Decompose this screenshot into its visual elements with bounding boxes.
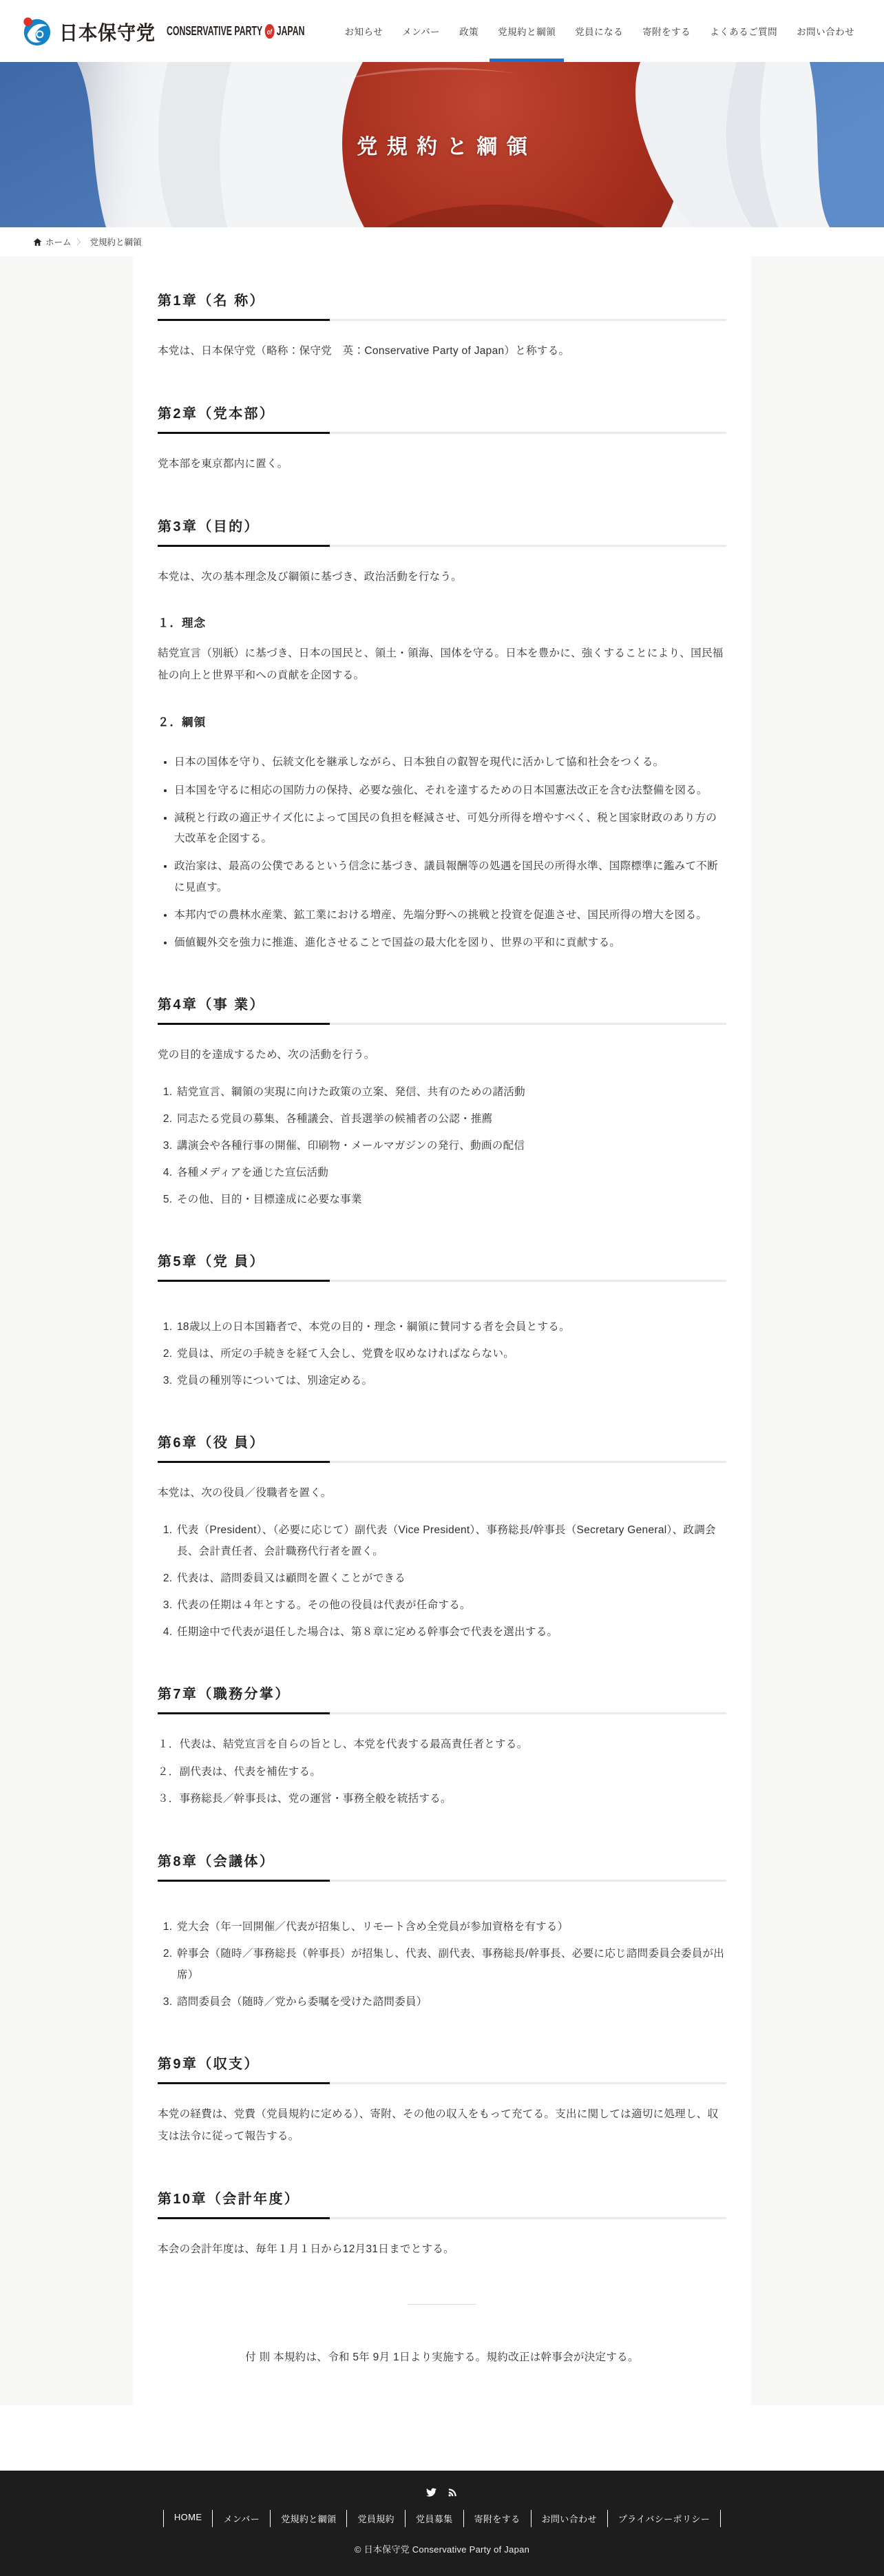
list-item: 党員の種別等については、別途定める。 [176, 1370, 726, 1391]
nav-item-contact[interactable]: お問い合わせ [787, 0, 864, 62]
logo-text-en: CONSERVATIVE PARTY of JAPAN [167, 23, 304, 38]
list-item: 幹事会（随時／事務総長（幹事長）が招集し、代表、副代表、事務総長/幹事長、必要に… [176, 1943, 726, 1986]
chapter-5-title: 第5章（党 員） [158, 1250, 726, 1282]
social-links [0, 2487, 884, 2497]
nav-item-members[interactable]: メンバー [392, 0, 450, 62]
platform-bullet-list: 日本の国体を守り、伝統文化を継承しながら、日本独自の叡智を現代に活かして協和社会… [174, 752, 726, 953]
chapter-9-title: 第9章（収支） [158, 2053, 726, 2084]
supplementary-provision: 付 則 本規約は、令和 5年 9月 1日より実施する。規約改正は幹事会が決定する… [158, 2349, 726, 2364]
platform-bullet: 日本の国体を守り、伝統文化を継承しながら、日本独自の叡智を現代に活かして協和社会… [174, 752, 726, 773]
list-item: 同志たる党員の募集、各種議会、首長選挙の候補者の公認・推薦 [176, 1108, 726, 1130]
breadcrumb: ホーム 〉 党規約と綱領 [0, 227, 884, 256]
party-logo-icon [21, 15, 52, 47]
subsection-platform-heading: ２．綱領 [158, 711, 726, 735]
home-icon [33, 238, 42, 247]
footer-nav: HOME メンバー 党規約と綱領 党員規約 党員募集 寄附をする お問い合わせ … [0, 2510, 884, 2527]
chapter-4-title: 第4章（事 業） [158, 993, 726, 1025]
chapter-9: 第9章（収支） 本党の経費は、党費（党員規約に定める）、寄附、その他の収入をもっ… [158, 2053, 726, 2148]
footer-link-home[interactable]: HOME [163, 2510, 213, 2527]
footer-link-donate[interactable]: 寄附をする [463, 2510, 531, 2527]
list-item: 党員は、所定の手続きを経て入会し、党費を収めなければならない。 [176, 1343, 726, 1364]
chapter-7-item: ３．事務総長／幹事長は、党の運営・事務全般を統括する。 [158, 1788, 726, 1810]
nav-item-policy[interactable]: 政策 [450, 0, 488, 62]
subsection-principle-heading: １．理念 [158, 612, 726, 636]
footer-link-member-rules[interactable]: 党員規約 [346, 2510, 405, 2527]
site-footer: HOME メンバー 党規約と綱領 党員規約 党員募集 寄附をする お問い合わせ … [0, 2471, 884, 2576]
hero-banner: 党規約と綱領 [0, 62, 884, 227]
chapter-6: 第6章（役 員） 本党は、次の役員／役職者を置く。 代表（President）、… [158, 1431, 726, 1643]
chapter-8: 第8章（会議体） 党大会（年一回開催／代表が招集し、リモート含め全党員が参加資格… [158, 1850, 726, 2013]
platform-bullet: 政治家は、最高の公僕であるという信念に基づき、議員報酬等の処遇を国民の所得水準、… [174, 856, 726, 897]
rss-link[interactable] [448, 2487, 458, 2497]
list-item: 任期途中で代表が退任した場合は、第８章に定める幹事会で代表を選出する。 [176, 1621, 726, 1643]
main-content: 第1章（名 称） 本党は、日本保守党（略称：保守党 英：Conservative… [0, 256, 884, 2405]
chapter-7-item: ２．副代表は、代表を補佐する。 [158, 1761, 726, 1783]
list-item: その他、目的・目標達成に必要な事業 [176, 1189, 726, 1210]
chapter-1-paragraph: 本党は、日本保守党（略称：保守党 英：Conservative Party of… [158, 340, 726, 362]
platform-bullet: 減税と行政の適正サイズ化によって国民の負担を軽減させ、可処分所得を増やすべく、税… [174, 808, 726, 849]
logo-en-right: JAPAN [277, 23, 305, 38]
list-item: 各種メディアを通じた宣伝活動 [176, 1162, 726, 1183]
bottom-spacer [0, 2405, 884, 2471]
chapter-7-item: １．代表は、結党宣言を自らの旨とし、本党を代表する最高責任者とする。 [158, 1734, 726, 1756]
chapter-3-title: 第3章（目的） [158, 515, 726, 547]
list-item: 代表（President）、（必要に応じて）副代表（Vice President… [176, 1519, 726, 1562]
chapter-8-title: 第8章（会議体） [158, 1850, 726, 1882]
logo-text-jp: 日本保守党 [59, 17, 156, 45]
chapter-3: 第3章（目的） 本党は、次の基本理念及び綱領に基づき、政治活動を行なう。 １．理… [158, 515, 726, 954]
site-logo[interactable]: 日本保守党 CONSERVATIVE PARTY of JAPAN [21, 15, 335, 47]
nav-item-news[interactable]: お知らせ [335, 0, 392, 62]
chapter-5: 第5章（党 員） 18歳以上の日本国籍者で、本党の目的・理念・綱領に賛同する者を… [158, 1250, 726, 1391]
main-nav: お知らせ メンバー 政策 党規約と綱領 党員になる 寄附をする よくあるご質問 … [335, 0, 864, 62]
chapter-4: 第4章（事 業） 党の目的を達成するため、次の活動を行う。 結党宣言、綱領の実現… [158, 993, 726, 1210]
nav-item-join[interactable]: 党員になる [565, 0, 633, 62]
chapter-4-paragraph: 党の目的を達成するため、次の活動を行う。 [158, 1044, 726, 1066]
platform-bullet: 日本国を守るに相応の国防力の保持、必要な強化、それを達するための日本国憲法改正を… [174, 780, 726, 801]
chapter-2-paragraph: 党本部を東京都内に置く。 [158, 453, 726, 475]
chapter-9-paragraph: 本党の経費は、党費（党員規約に定める）、寄附、その他の収入をもって充てる。支出に… [158, 2104, 726, 2148]
chapter-5-list: 18歳以上の日本国籍者で、本党の目的・理念・綱領に賛同する者を会員とする。 党員… [176, 1316, 726, 1391]
breadcrumb-separator: 〉 [77, 236, 85, 247]
breadcrumb-home-label: ホーム [45, 236, 72, 248]
chapter-7-title: 第7章（職務分掌） [158, 1683, 726, 1714]
list-item: 代表の任期は４年とする。その他の役員は代表が任命する。 [176, 1595, 726, 1616]
nav-item-donate[interactable]: 寄附をする [633, 0, 700, 62]
section-divider [408, 2304, 476, 2305]
chapter-6-list: 代表（President）、（必要に応じて）副代表（Vice President… [176, 1519, 726, 1643]
chapter-2-title: 第2章（党本部） [158, 402, 726, 434]
list-item: 諮問委員会（随時／党から委嘱を受けた諮問委員） [176, 1991, 726, 2013]
logo-en-left: CONSERVATIVE PARTY [167, 23, 262, 38]
content-card: 第1章（名 称） 本党は、日本保守党（略称：保守党 英：Conservative… [133, 256, 751, 2405]
breadcrumb-home-link[interactable]: ホーム [33, 236, 72, 248]
list-item: 18歳以上の日本国籍者で、本党の目的・理念・綱領に賛同する者を会員とする。 [176, 1316, 726, 1338]
chapter-7: 第7章（職務分掌） １．代表は、結党宣言を自らの旨とし、本党を代表する最高責任者… [158, 1683, 726, 1810]
nav-item-faq[interactable]: よくあるご質問 [700, 0, 787, 62]
platform-bullet: 本邦内での農林水産業、鉱工業における増産、先端分野への挑戦と投資を促進させ、国民… [174, 905, 726, 926]
chapter-10: 第10章（会計年度） 本会の会計年度は、毎年１月１日から12月31日までとする。 [158, 2188, 726, 2261]
list-item: 党大会（年一回開催／代表が招集し、リモート含め全党員が参加資格を有する） [176, 1916, 726, 1938]
chapter-6-paragraph: 本党は、次の役員／役職者を置く。 [158, 1482, 726, 1504]
chapter-1: 第1章（名 称） 本党は、日本保守党（略称：保守党 英：Conservative… [158, 289, 726, 362]
logo-of-badge: of [264, 23, 274, 38]
chapter-1-title: 第1章（名 称） [158, 289, 726, 321]
page-title: 党規約と綱領 [348, 129, 537, 160]
breadcrumb-current: 党規約と綱領 [90, 236, 142, 248]
chapter-10-paragraph: 本会の会計年度は、毎年１月１日から12月31日までとする。 [158, 2239, 726, 2261]
copyright-notice: © 日本保守党 Conservative Party of Japan [0, 2542, 884, 2555]
rss-icon [448, 2487, 458, 2497]
list-item: 代表は、諮問委員又は顧問を置くことができる [176, 1568, 726, 1589]
chapter-10-title: 第10章（会計年度） [158, 2188, 726, 2219]
chapter-6-title: 第6章（役 員） [158, 1431, 726, 1463]
twitter-icon [426, 2487, 436, 2497]
subsection-principle-paragraph: 結党宣言（別紙）に基づき、日本の国民と、領土・領海、国体を守る。日本を豊かに、強… [158, 643, 726, 687]
twitter-link[interactable] [426, 2487, 436, 2497]
chapter-2: 第2章（党本部） 党本部を東京都内に置く。 [158, 402, 726, 475]
footer-link-contact[interactable]: お問い合わせ [531, 2510, 607, 2527]
footer-link-privacy[interactable]: プライバシーポリシー [607, 2510, 721, 2527]
nav-item-rules-label: 党規約と綱領 [498, 24, 556, 38]
nav-item-rules[interactable]: 党規約と綱領 [488, 0, 565, 62]
chapter-4-list: 結党宣言、綱領の実現に向けた政策の立案、発信、共有のための諸活動 同志たる党員の… [176, 1081, 726, 1210]
platform-bullet: 価値観外交を強力に推進、進化させることで国益の最大化を図り、世界の平和に貢献する… [174, 933, 726, 953]
footer-link-members[interactable]: メンバー [212, 2510, 270, 2527]
chapter-8-list: 党大会（年一回開催／代表が招集し、リモート含め全党員が参加資格を有する） 幹事会… [176, 1916, 726, 2013]
list-item: 講演会や各種行事の開催、印刷物・メールマガジンの発行、動画の配信 [176, 1135, 726, 1156]
site-header: 日本保守党 CONSERVATIVE PARTY of JAPAN お知らせ メ… [0, 0, 884, 62]
footer-link-recruit[interactable]: 党員募集 [405, 2510, 463, 2527]
list-item: 結党宣言、綱領の実現に向けた政策の立案、発信、共有のための諸活動 [176, 1081, 726, 1103]
chapter-3-paragraph: 本党は、次の基本理念及び綱領に基づき、政治活動を行なう。 [158, 566, 726, 588]
footer-link-rules[interactable]: 党規約と綱領 [270, 2510, 346, 2527]
